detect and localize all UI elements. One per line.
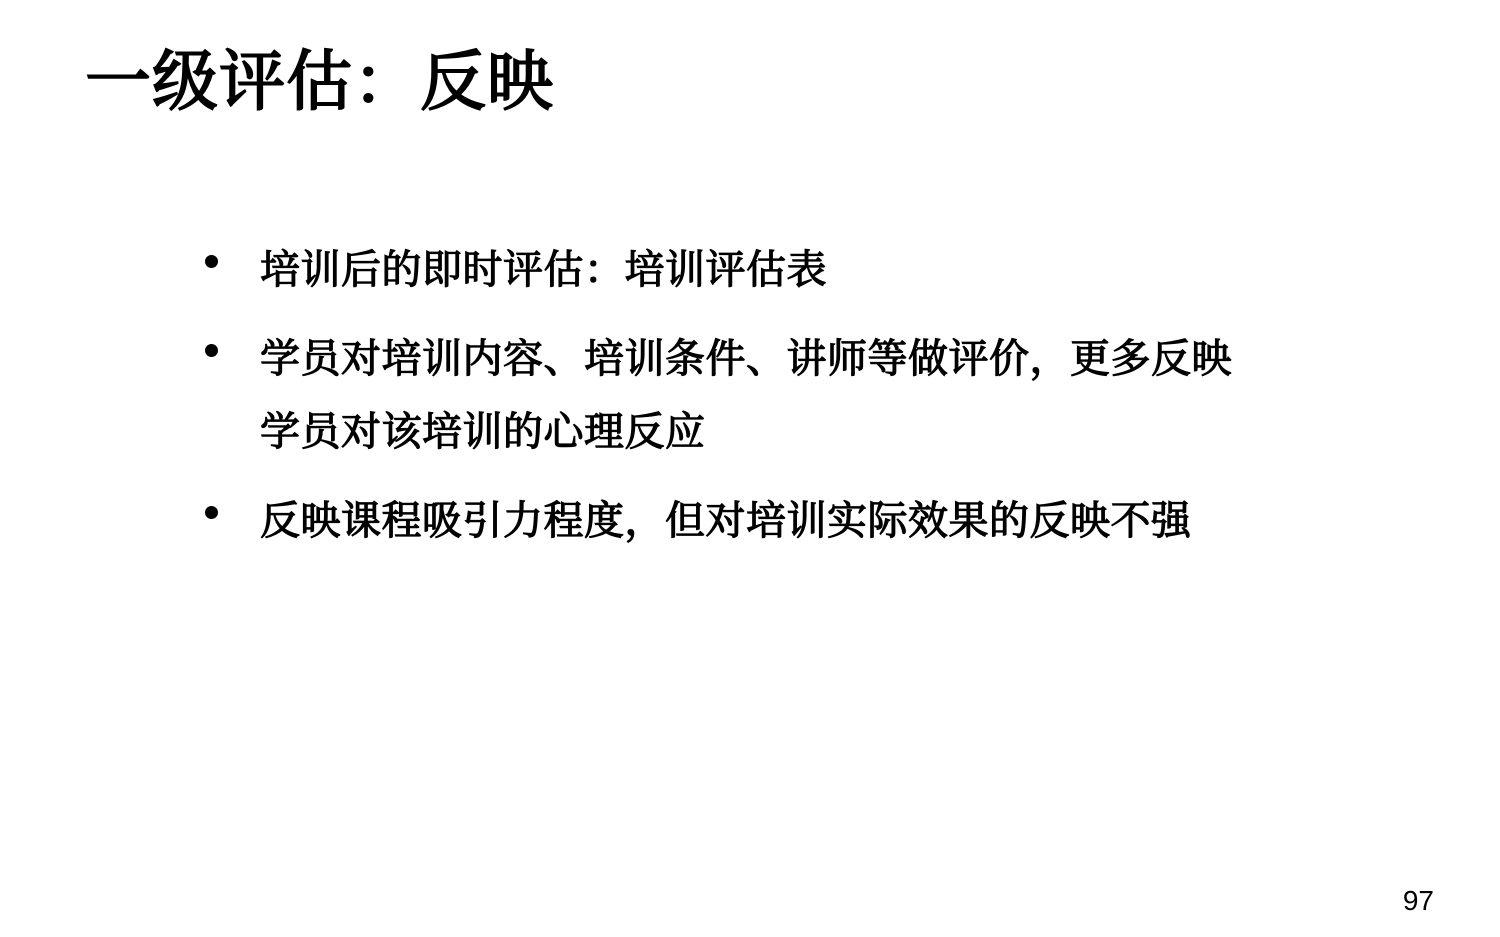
bullet-marker [205, 323, 260, 357]
bullet-dot-icon [205, 506, 218, 519]
bullet-text-3: 反映课程吸引力程度，但对培训实际效果的反映不强 [260, 485, 1235, 558]
slide-title: 一级评估：反映 [85, 40, 554, 123]
bullet-text-1: 培训后的即时评估：培训评估表 [260, 234, 1235, 307]
bullet-dot-icon [205, 255, 218, 268]
bullet-marker [205, 485, 260, 519]
bullet-dot-icon [205, 344, 218, 357]
page-number: 97 [1403, 885, 1434, 917]
bullet-text-2: 学员对培训内容、培训条件、讲师等做评价，更多反映学员对该培训的心理反应 [260, 323, 1235, 469]
slide: 一级评估：反映 培训后的即时评估：培训评估表 学员对培训内容、培训条件、讲师等做… [0, 0, 1500, 937]
bullet-marker [205, 234, 260, 268]
bullet-item-1: 培训后的即时评估：培训评估表 [205, 234, 1265, 307]
bullet-item-3: 反映课程吸引力程度，但对培训实际效果的反映不强 [205, 485, 1265, 558]
bullet-item-2: 学员对培训内容、培训条件、讲师等做评价，更多反映学员对该培训的心理反应 [205, 323, 1265, 469]
bullet-list: 培训后的即时评估：培训评估表 学员对培训内容、培训条件、讲师等做评价，更多反映学… [205, 234, 1265, 574]
